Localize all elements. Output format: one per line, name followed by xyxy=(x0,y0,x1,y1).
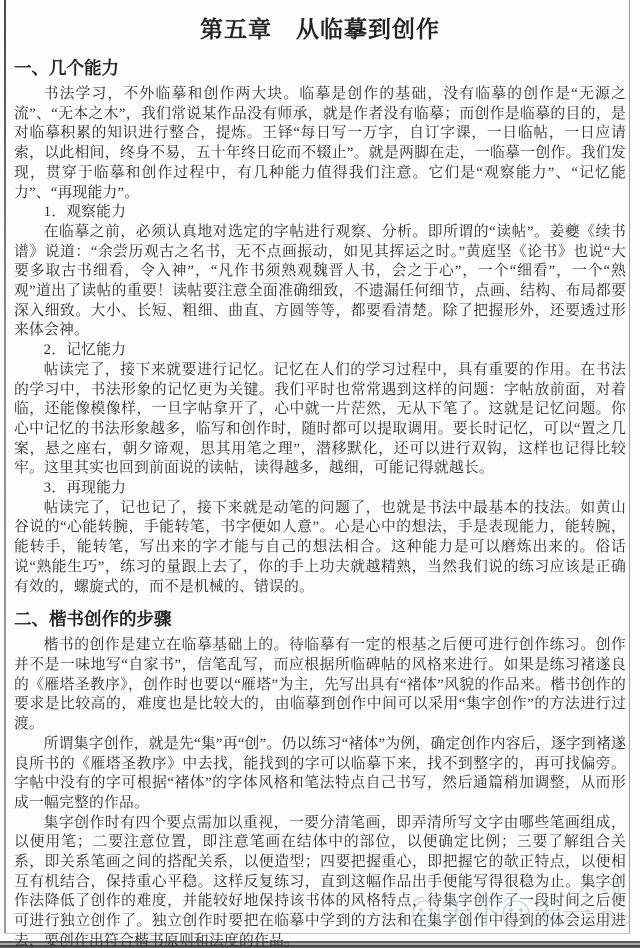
chapter-title: 第五章 从临摹到创作 xyxy=(14,14,626,44)
scanned-page: 第五章 从临摹到创作 一、几个能力 书法学习，不外临摹和创作两大块。临摹是创作的… xyxy=(0,0,640,948)
page-right-border xyxy=(629,0,630,934)
subsection-3-heading: 3．再现能力 xyxy=(14,479,626,499)
subsection-1-heading: 1．观察能力 xyxy=(14,203,626,223)
page-left-border xyxy=(4,0,6,934)
page-content: 第五章 从临摹到创作 一、几个能力 书法学习，不外临摹和创作两大块。临摹是创作的… xyxy=(14,0,626,948)
paragraph: 在临摹之前，必须认真地对选定的字帖进行观察、分析。即所谓的“读帖”。姜夔《续书谱… xyxy=(14,223,626,341)
paragraph: 书法学习，不外临摹和创作两大块。临摹是创作的基础，没有临摹的创作是“无源之流”、… xyxy=(14,85,626,203)
paragraph: 帖读完了，接下来就要进行记忆。记忆在人们的学习过程中，具有重要的作用。在书法的学… xyxy=(14,361,626,479)
section-2-heading: 二、楷书创作的步骤 xyxy=(14,607,626,631)
paragraph: 帖读完了，记也记了，接下来就是动笔的问题了，也就是书法中最基本的技法。如黄山谷说… xyxy=(14,499,626,598)
paragraph: 楷书的创作是建立在临摹基础上的。待临摹有一定的根基之后便可进行创作练习。创作并不… xyxy=(14,636,626,735)
section-1-heading: 一、几个能力 xyxy=(14,56,626,80)
paragraph: 所谓集字创作，就是先“集”再“创”。仍以练习“褚体”为例，确定创作内容后，逐字到… xyxy=(14,735,626,814)
paragraph: 集字创作时有四个要点需加以重视，一要分清笔画，即弄清所写文字由哪些笔画组成，以便… xyxy=(14,814,626,948)
subsection-2-heading: 2．记忆能力 xyxy=(14,341,626,361)
